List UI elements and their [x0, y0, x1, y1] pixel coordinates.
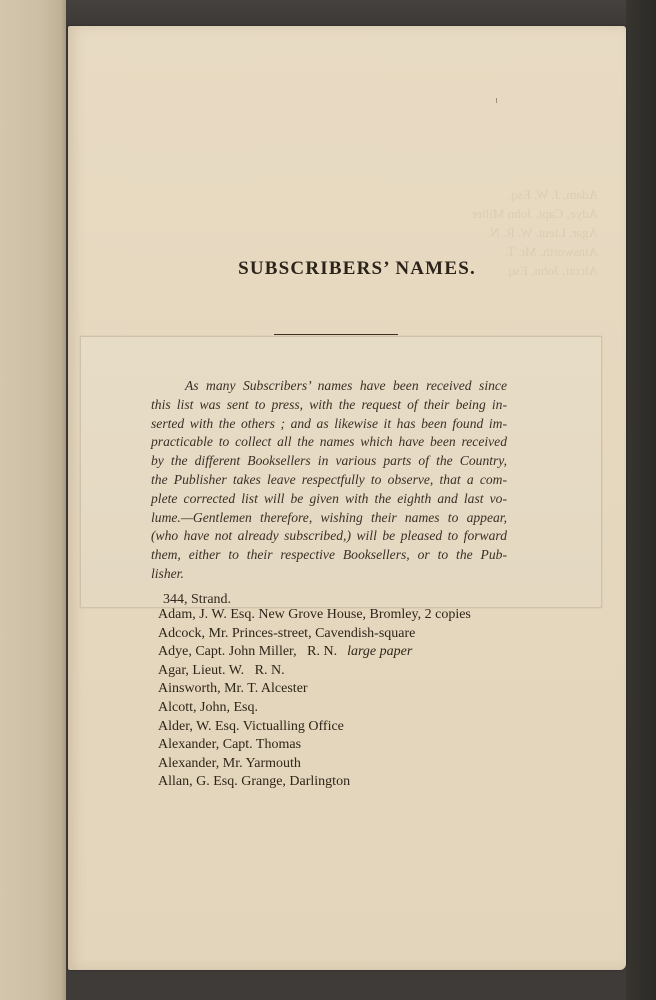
- subscriber-entry: Alexander, Mr. Yarmouth: [158, 755, 471, 774]
- notice-line: them, either to their respective Booksel…: [151, 546, 507, 565]
- publisher-notice: As many Subscribers’ names have been rec…: [151, 377, 507, 584]
- book-page: Adam, J. W. Esq. Adye, Capt. John Miller…: [68, 26, 626, 970]
- subscriber-list: Adam, J. W. Esq. New Grove House, Bromle…: [158, 606, 471, 792]
- dark-backdrop-right: [626, 0, 656, 1000]
- notice-line: plete corrected list will be given with …: [151, 490, 507, 509]
- notice-line: practicable to collect all the names whi…: [151, 433, 507, 452]
- pasted-notice-slip: As many Subscribers’ names have been rec…: [80, 336, 602, 608]
- notice-line: (who have not already subscribed,) will …: [151, 527, 507, 546]
- large-paper-note: large paper: [347, 644, 412, 659]
- subscriber-entry: Adam, J. W. Esq. New Grove House, Bromle…: [158, 606, 471, 625]
- notice-line: lume.—Gentlemen therefore, wishing their…: [151, 509, 507, 528]
- notice-line: serted with the others ; and as likewise…: [151, 415, 507, 434]
- notice-line: the Publisher takes leave respectfully t…: [151, 471, 507, 490]
- notice-line: As many Subscribers’ names have been rec…: [151, 377, 507, 396]
- page-title: SUBSCRIBERS’ NAMES.: [78, 258, 636, 280]
- subscriber-entry: Adye, Capt. John Miller, R. N.large pape…: [158, 643, 471, 662]
- subscriber-entry: Alexander, Capt. Thomas: [158, 736, 471, 755]
- subscriber-entry: Agar, Lieut. W. R. N.: [158, 662, 471, 681]
- title-rule-thick: [274, 334, 398, 335]
- subscriber-entry: Ainsworth, Mr. T. Alcester: [158, 680, 471, 699]
- notice-line: lisher.: [151, 565, 507, 584]
- subscriber-entry: Adcock, Mr. Princes-street, Cavendish-sq…: [158, 625, 471, 644]
- subscriber-entry: Allan, G. Esq. Grange, Darlington: [158, 773, 471, 792]
- facing-page-edge: [0, 0, 66, 1000]
- notice-line: by the different Booksellers in various …: [151, 452, 507, 471]
- subscriber-entry: Alder, W. Esq. Victualling Office: [158, 718, 471, 737]
- subscriber-entry: Alcott, John, Esq.: [158, 699, 471, 718]
- paper-speck: [496, 98, 497, 103]
- notice-line: this list was sent to press, with the re…: [151, 396, 507, 415]
